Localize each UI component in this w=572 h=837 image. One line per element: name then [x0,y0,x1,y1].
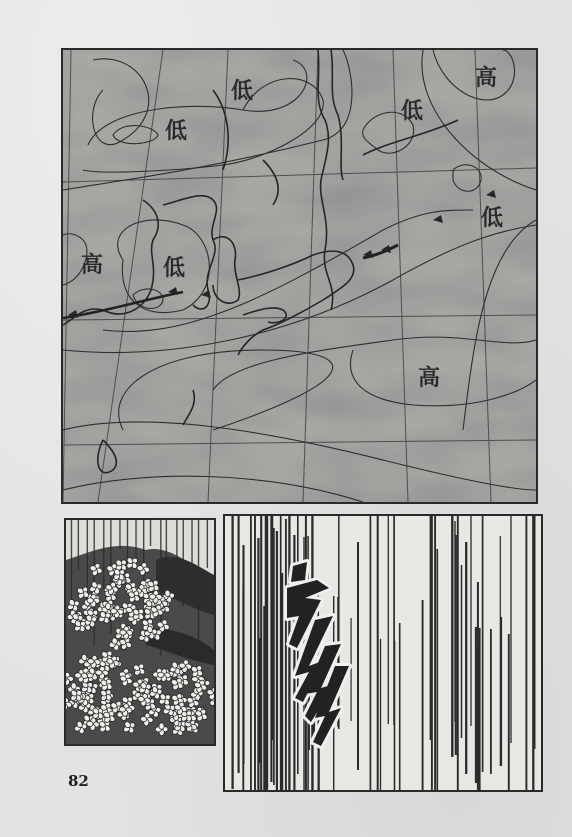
low-pressure-label: 低 [163,255,185,281]
hydrangea-illustration [66,520,214,744]
high-pressure-label: 高 [475,65,497,91]
low-pressure-label: 低 [481,205,503,231]
high-pressure-label: 高 [418,365,440,391]
rain-lines [225,516,541,790]
low-pressure-label: 低 [231,78,253,104]
hydrangea-panel [64,518,216,746]
page-number: 82 [68,772,89,790]
manga-page: 高低低低低高低高 82 [0,0,572,837]
weather-map-panel: 高低低低低高低高 [61,48,538,504]
high-pressure-label: 高 [81,252,103,278]
rain-panel [223,514,543,792]
weather-map: 高低低低低高低高 [63,50,536,502]
low-pressure-label: 低 [165,118,187,144]
low-pressure-label: 低 [401,98,423,124]
